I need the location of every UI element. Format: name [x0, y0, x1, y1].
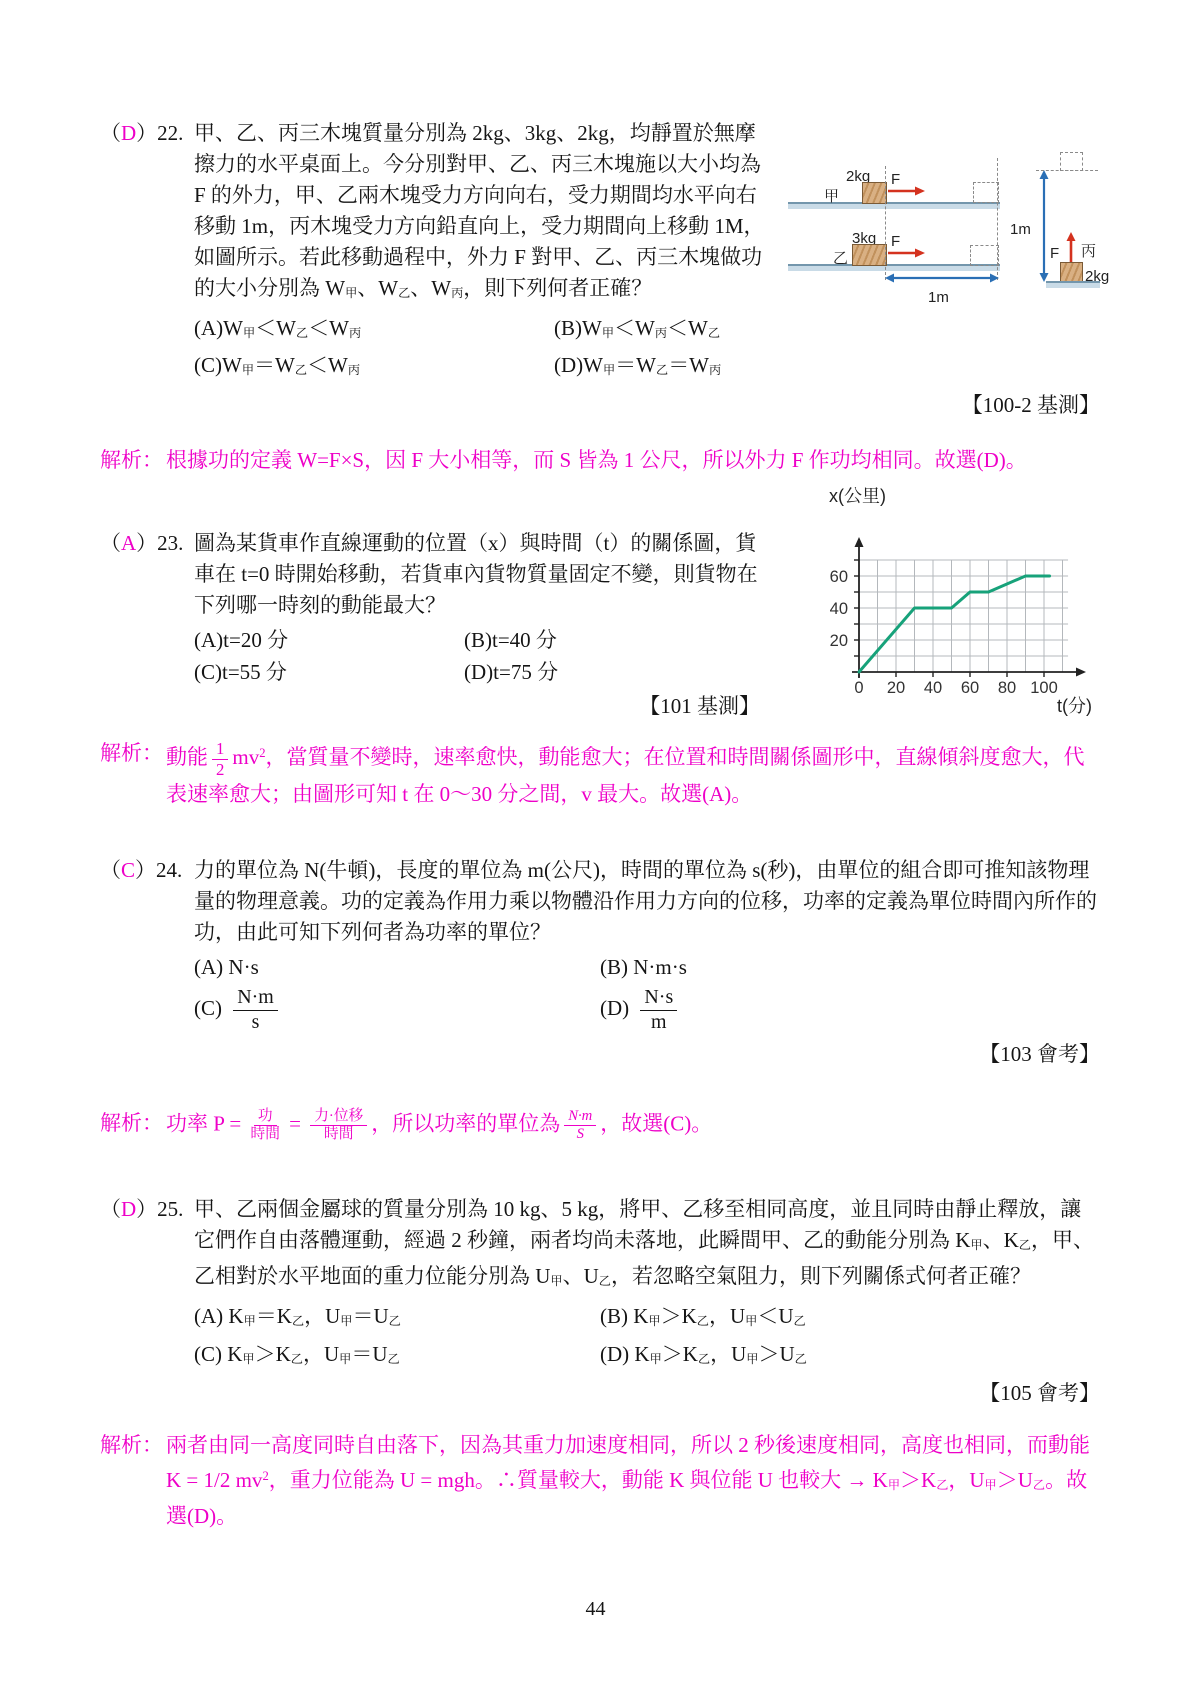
- ground-line-jia: [788, 202, 1000, 209]
- page-number: 44: [0, 1598, 1191, 1621]
- question-number-25: 25.: [157, 1197, 183, 1221]
- analysis-label: 解析：: [100, 445, 166, 476]
- option-25-a: (A) K甲＝K乙，U甲＝U乙: [194, 1301, 600, 1337]
- option-23-c: (C)t=55 分: [194, 657, 464, 688]
- work-over-time-fraction: 功時間: [251, 1108, 280, 1144]
- newton-metre-per-second-fraction: N·mS: [564, 1108, 596, 1144]
- answer-box-24: （C）24.: [100, 855, 194, 886]
- analysis-22: 解析： 根據功的定義 W=F×S，因 F 大小相等，而 S 皆為 1 公尺，所以…: [100, 445, 1100, 476]
- option-24-b: (B) N·m·s: [600, 952, 1100, 983]
- svg-text:20: 20: [887, 679, 905, 697]
- name-label-yi: 乙: [833, 243, 848, 274]
- options-24: (A) N·s (B) N·m·s (C) N·ms (D) N·sm: [194, 952, 1100, 1036]
- answer-box-22: （D）22.: [100, 118, 194, 149]
- source-tag-24: 【103 會考】: [100, 1039, 1100, 1070]
- analysis-label: 解析：: [100, 1430, 166, 1532]
- distance-label-vertical: 1m: [1010, 214, 1031, 245]
- target-box-jia: [973, 182, 999, 203]
- block-yi: [852, 244, 887, 266]
- question-number-22: 22.: [157, 121, 183, 145]
- svg-text:20: 20: [830, 632, 848, 650]
- options-25: (A) K甲＝K乙，U甲＝U乙 (B) K甲＞K乙，U甲＜U乙 (C) K甲＞K…: [194, 1301, 1100, 1374]
- chart-ticks: [854, 560, 1044, 677]
- option-22-a: (A)W甲＜W乙＜W丙: [194, 313, 554, 349]
- target-box-bing: [1060, 152, 1083, 171]
- option-23-a: (A)t=20 分: [194, 625, 464, 656]
- answer-letter-24: C: [121, 858, 135, 882]
- q22-diagram: 2kg 甲 F 3kg 乙 F 1m 1m F 丙: [788, 148, 1120, 300]
- question-25: （D）25. 甲、乙兩個金屬球的質量分別為 10 kg、5 kg，將甲、乙移至相…: [100, 1194, 1100, 1409]
- option-22-d: (D)W甲＝W乙＝W丙: [554, 350, 794, 386]
- option-25-d: (D) K甲＞K乙，U甲＞U乙: [600, 1339, 1100, 1375]
- source-tag-25: 【105 會考】: [100, 1378, 1100, 1409]
- block-jia: [862, 182, 887, 204]
- name-label-jia: 甲: [824, 181, 839, 212]
- target-box-yi: [970, 245, 999, 266]
- distance-arrow-vertical-icon: [1038, 170, 1050, 282]
- question-number-24: 24.: [156, 858, 182, 882]
- analysis-23: 解析： 動能12mv2，當質量不變時，速率愈快，動能愈大；在位置和時間關係圖形中…: [100, 738, 1100, 810]
- options-22: (A)W甲＜W乙＜W丙 (B)W甲＜W丙＜W乙 (C)W甲＝W乙＜W丙 (D)W…: [194, 313, 794, 386]
- chart-ylabel: x(公里): [829, 486, 886, 506]
- analysis-label: 解析：: [100, 738, 166, 810]
- target-height-line: [1036, 170, 1098, 171]
- workbook-page: 2kg 甲 F 3kg 乙 F 1m 1m F 丙: [0, 0, 1191, 1684]
- analysis-24: 解析： 功率 P = 功時間 = 力·位移時間，所以功率的單位為N·mS，故選(…: [100, 1108, 1100, 1144]
- option-25-c: (C) K甲＞K乙，U甲＝U乙: [194, 1339, 600, 1375]
- chart-xlabel: t(分): [1057, 696, 1092, 716]
- question-24: （C）24. 力的單位為 N(牛頓)，長度的單位為 m(公尺)，時間的單位為 s…: [100, 855, 1100, 1070]
- answer-letter-22: D: [121, 121, 136, 145]
- question-23: 020406080100204060x(公里)t(分) （A）23. 圖為某貨車…: [100, 528, 1100, 722]
- block-bing: [1060, 262, 1083, 283]
- option-24-c: (C) N·ms: [194, 984, 600, 1036]
- option-23-d: (D)t=75 分: [464, 657, 734, 688]
- question-22: 2kg 甲 F 3kg 乙 F 1m 1m F 丙: [100, 118, 1100, 421]
- options-23: (A)t=20 分 (B)t=40 分 (C)t=55 分 (D)t=75 分: [194, 625, 734, 688]
- answer-letter-25: D: [121, 1197, 136, 1221]
- analysis-label: 解析：: [100, 1108, 166, 1144]
- answer-paren-open: （: [100, 121, 121, 145]
- svg-text:40: 40: [830, 600, 848, 618]
- source-tag-22: 【100-2 基測】: [100, 390, 1100, 421]
- force-displacement-over-time-fraction: 力·位移時間: [310, 1108, 367, 1144]
- force-arrow-bing-icon: [1065, 232, 1077, 262]
- answer-box-23: （A）23.: [100, 528, 194, 559]
- position-time-chart-svg: 020406080100204060x(公里)t(分): [772, 482, 1191, 717]
- svg-text:60: 60: [961, 679, 979, 697]
- question-number-23: 23.: [157, 531, 183, 555]
- distance-label-horizontal: 1m: [928, 282, 949, 313]
- svg-text:40: 40: [924, 679, 942, 697]
- force-arrow-yi-icon: [888, 247, 926, 259]
- chart-tick-labels: 020406080100204060: [830, 568, 1058, 697]
- analysis-24-text: 功率 P = 功時間 = 力·位移時間，所以功率的單位為N·mS，故選(C)。: [166, 1108, 1100, 1144]
- svg-text:60: 60: [830, 568, 848, 586]
- unit-fraction-c: N·ms: [233, 986, 278, 1034]
- option-24-a: (A) N·s: [194, 952, 600, 983]
- analysis-22-text: 根據功的定義 W=F×S，因 F 大小相等，而 S 皆為 1 公尺，所以外力 F…: [166, 445, 1100, 476]
- question-body-24: 力的單位為 N(牛頓)，長度的單位為 m(公尺)，時間的單位為 s(秒)，由單位…: [194, 855, 1100, 948]
- end-position-line: [997, 158, 998, 280]
- option-23-b: (B)t=40 分: [464, 625, 734, 656]
- force-label-bing: F: [1050, 238, 1059, 269]
- question-body-22: 甲、乙、丙三木塊質量分別為 2kg、3kg、2kg，均靜置於無摩擦力的水平桌面上…: [194, 118, 766, 309]
- ground-line-bing: [1046, 281, 1100, 288]
- option-25-b: (B) K甲＞K乙，U甲＜U乙: [600, 1301, 1100, 1337]
- analysis-25: 解析： 兩者由同一高度同時自由落下，因為其重力加速度相同，所以 2 秒後速度相同…: [100, 1430, 1100, 1532]
- option-24-d: (D) N·sm: [600, 984, 1100, 1036]
- unit-fraction-d: N·sm: [640, 986, 677, 1034]
- answer-paren-close: ）: [136, 121, 157, 145]
- analysis-23-text: 動能12mv2，當質量不變時，速率愈快，動能愈大；在位置和時間關係圖形中，直線傾…: [166, 738, 1100, 810]
- position-time-chart: 020406080100204060x(公里)t(分): [772, 482, 1191, 726]
- analysis-25-text: 兩者由同一高度同時自由落下，因為其重力加速度相同，所以 2 秒後速度相同，高度也…: [166, 1430, 1100, 1532]
- svg-text:0: 0: [854, 679, 863, 697]
- answer-letter-23: A: [121, 531, 136, 555]
- question-body-25: 甲、乙兩個金屬球的質量分別為 10 kg、5 kg，將甲、乙移至相同高度，並且同…: [194, 1194, 1100, 1297]
- start-position-line: [885, 166, 886, 280]
- one-half-fraction: 12: [212, 739, 228, 780]
- question-body-23: 圖為某貨車作直線運動的位置（x）與時間（t）的關係圖，貨車在 t=0 時開始移動…: [194, 528, 760, 621]
- source-tag-23: 【101 基測】: [100, 691, 760, 722]
- force-arrow-jia-icon: [888, 185, 926, 197]
- ground-line-yi: [788, 264, 1000, 271]
- option-22-c: (C)W甲＝W乙＜W丙: [194, 350, 554, 386]
- svg-text:100: 100: [1030, 679, 1058, 697]
- svg-text:80: 80: [998, 679, 1016, 697]
- option-22-b: (B)W甲＜W丙＜W乙: [554, 313, 794, 349]
- answer-box-25: （D）25.: [100, 1194, 194, 1225]
